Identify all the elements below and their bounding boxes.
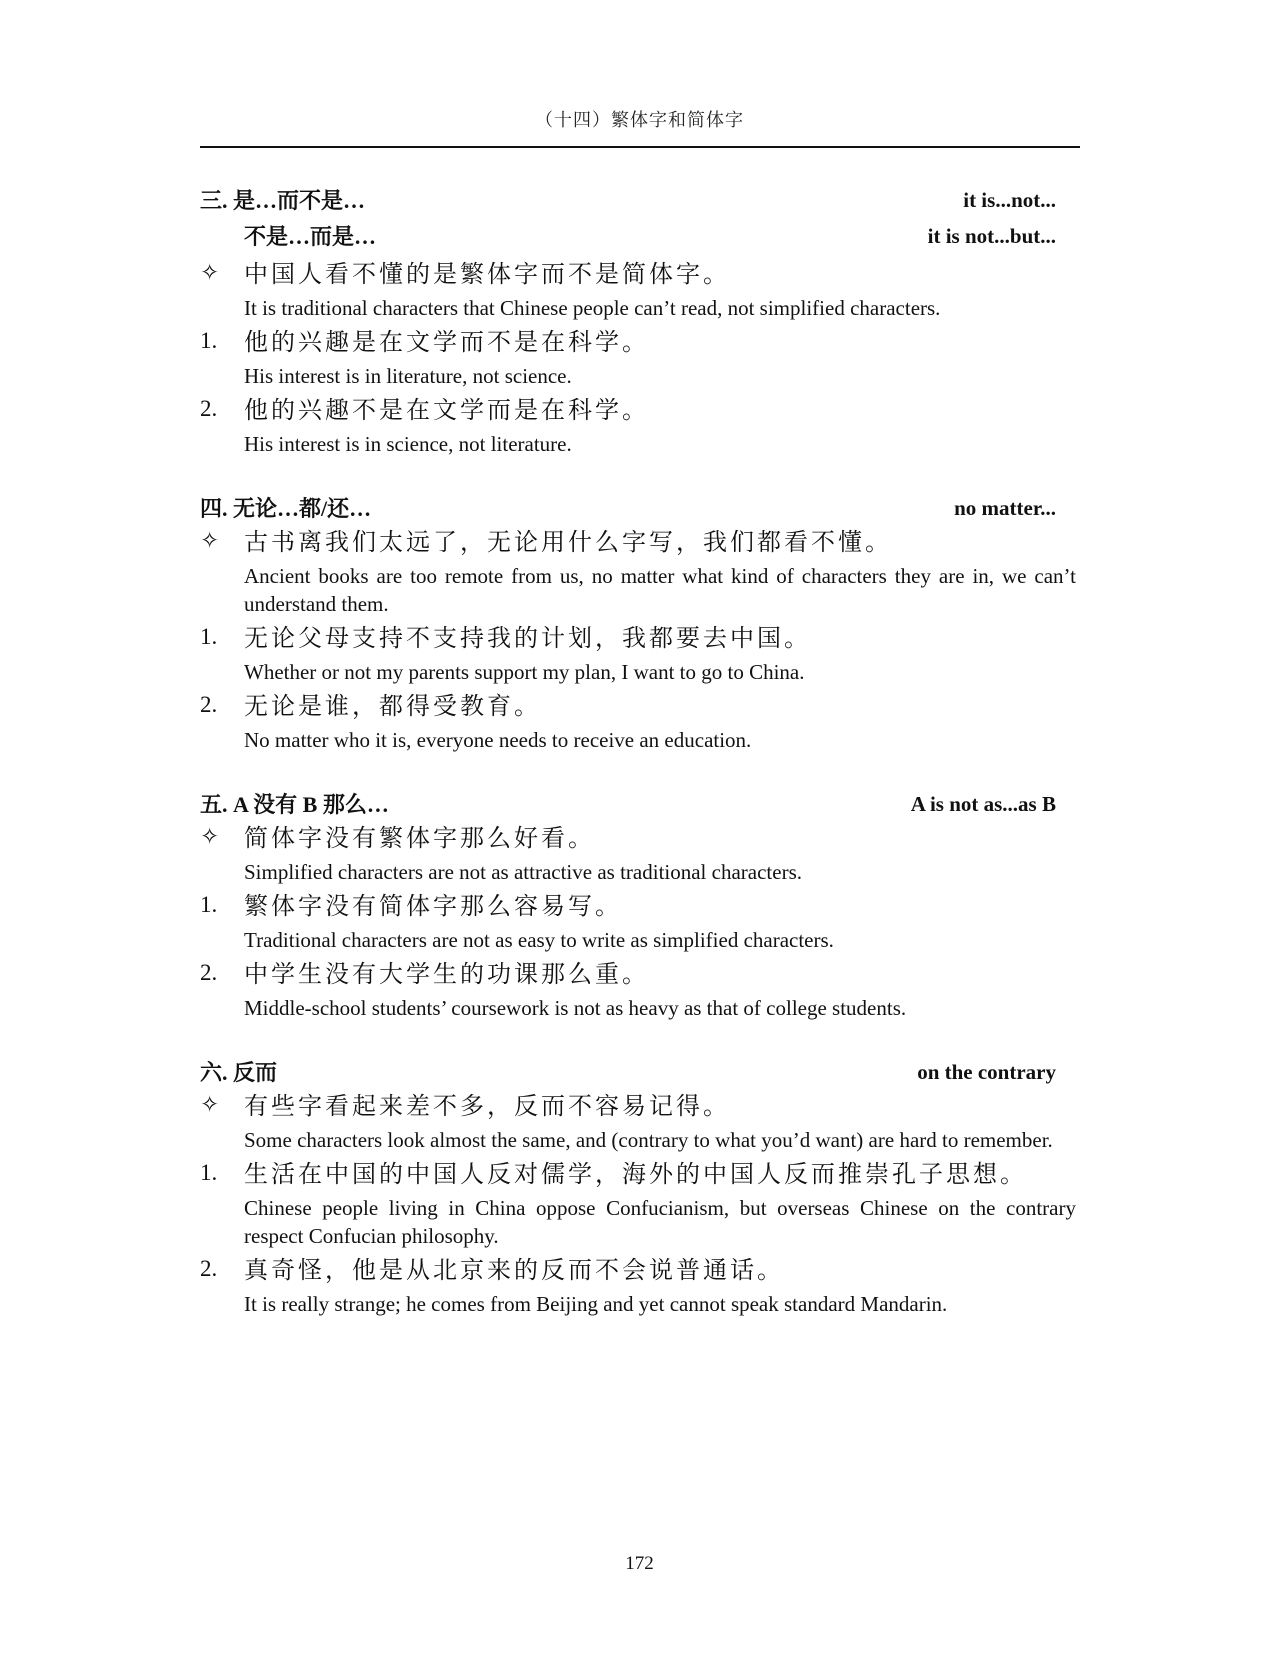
example-number: 2.: [200, 692, 236, 718]
section-heading-en: no matter...: [954, 496, 1056, 521]
running-header: （十四）繁体字和简体字: [0, 106, 1279, 132]
example-number: 1.: [200, 624, 236, 650]
page-number: 172: [0, 1553, 1279, 1575]
page-content: 三. 是…而不是… it is...not... 不是…而是… it is no…: [200, 178, 1076, 1346]
example-zh: 中学生没有大学生的功课那么重。: [200, 958, 1076, 992]
grammar-section-6: 六. 反而 on the contrary ✧ 有些字看起来差不多，反而不容易记…: [200, 1050, 1076, 1318]
example-zh: 他的兴趣不是在文学而是在科学。: [200, 394, 1076, 428]
diamond-bullet-icon: ✧: [200, 1092, 236, 1118]
diamond-bullet-icon: ✧: [200, 528, 236, 554]
example-number: 2.: [200, 1256, 236, 1282]
grammar-section-5: 五. A 没有 B 那么… A is not as...as B ✧ 简体字没有…: [200, 782, 1076, 1022]
section-heading-en: A is not as...as B: [911, 792, 1056, 817]
section-heading-en: on the contrary: [917, 1060, 1056, 1085]
example-item: ✧ 古书离我们太远了，无论用什么字写，我们都看不懂。 Ancient books…: [200, 526, 1076, 618]
example-item: 2. 他的兴趣不是在文学而是在科学。 His interest is in sc…: [200, 394, 1076, 458]
section-heading: 五. A 没有 B 那么… A is not as...as B: [200, 782, 1076, 822]
example-en: Traditional characters are not as easy t…: [200, 926, 1076, 954]
example-zh: 他的兴趣是在文学而不是在科学。: [200, 326, 1076, 360]
example-en: Simplified characters are not as attract…: [200, 858, 1076, 886]
example-en: Whether or not my parents support my pla…: [200, 658, 1076, 686]
example-zh: 中国人看不懂的是繁体字而不是简体字。: [200, 258, 1076, 292]
example-en: Chinese people living in China oppose Co…: [200, 1194, 1076, 1250]
example-zh: 有些字看起来差不多，反而不容易记得。: [200, 1090, 1076, 1124]
example-item: 2. 中学生没有大学生的功课那么重。 Middle-school student…: [200, 958, 1076, 1022]
example-en: No matter who it is, everyone needs to r…: [200, 726, 1076, 754]
section-heading-zh: 三. 是…而不是…: [200, 184, 365, 215]
example-zh: 古书离我们太远了，无论用什么字写，我们都看不懂。: [200, 526, 1076, 560]
section-heading: 三. 是…而不是… it is...not...: [200, 178, 1076, 218]
section-heading-zh: 五. A 没有 B 那么…: [200, 788, 389, 819]
example-en: Middle-school students’ coursework is no…: [200, 994, 1076, 1022]
example-item: 1. 繁体字没有简体字那么容易写。 Traditional characters…: [200, 890, 1076, 954]
example-en: His interest is in science, not literatu…: [200, 430, 1076, 458]
example-number: 2.: [200, 960, 236, 986]
example-item: ✧ 有些字看起来差不多，反而不容易记得。 Some characters loo…: [200, 1090, 1076, 1154]
example-en: Some characters look almost the same, an…: [200, 1126, 1076, 1154]
example-item: 1. 他的兴趣是在文学而不是在科学。 His interest is in li…: [200, 326, 1076, 390]
example-zh: 无论父母支持不支持我的计划，我都要去中国。: [200, 622, 1076, 656]
section-heading-en: it is...not...: [963, 188, 1056, 213]
grammar-section-3: 三. 是…而不是… it is...not... 不是…而是… it is no…: [200, 178, 1076, 458]
section-heading: 六. 反而 on the contrary: [200, 1050, 1076, 1090]
example-en: It is really strange; he comes from Beij…: [200, 1290, 1076, 1318]
grammar-section-4: 四. 无论…都/还… no matter... ✧ 古书离我们太远了，无论用什么…: [200, 486, 1076, 754]
example-en: Ancient books are too remote from us, no…: [200, 562, 1076, 618]
example-number: 1.: [200, 328, 236, 354]
example-zh: 真奇怪，他是从北京来的反而不会说普通话。: [200, 1254, 1076, 1288]
example-item: 1. 无论父母支持不支持我的计划，我都要去中国。 Whether or not …: [200, 622, 1076, 686]
section-subheading-zh: 不是…而是…: [244, 220, 376, 251]
example-zh: 生活在中国的中国人反对儒学，海外的中国人反而推崇孔子思想。: [200, 1158, 1076, 1192]
section-subheading: 不是…而是… it is not...but...: [200, 218, 1076, 258]
section-heading-zh: 六. 反而: [200, 1056, 277, 1087]
example-item: 1. 生活在中国的中国人反对儒学，海外的中国人反而推崇孔子思想。 Chinese…: [200, 1158, 1076, 1250]
example-item: 2. 无论是谁，都得受教育。 No matter who it is, ever…: [200, 690, 1076, 754]
example-number: 1.: [200, 1160, 236, 1186]
diamond-bullet-icon: ✧: [200, 260, 236, 286]
example-item: ✧ 中国人看不懂的是繁体字而不是简体字。 It is traditional c…: [200, 258, 1076, 322]
example-zh: 繁体字没有简体字那么容易写。: [200, 890, 1076, 924]
diamond-bullet-icon: ✧: [200, 824, 236, 850]
example-en: His interest is in literature, not scien…: [200, 362, 1076, 390]
example-item: 2. 真奇怪，他是从北京来的反而不会说普通话。 It is really str…: [200, 1254, 1076, 1318]
example-zh: 简体字没有繁体字那么好看。: [200, 822, 1076, 856]
section-heading-zh: 四. 无论…都/还…: [200, 492, 371, 523]
section-heading: 四. 无论…都/还… no matter...: [200, 486, 1076, 526]
example-en: It is traditional characters that Chines…: [200, 294, 1076, 322]
section-subheading-en: it is not...but...: [928, 224, 1056, 249]
example-number: 2.: [200, 396, 236, 422]
header-divider: [200, 146, 1080, 148]
example-number: 1.: [200, 892, 236, 918]
example-item: ✧ 简体字没有繁体字那么好看。 Simplified characters ar…: [200, 822, 1076, 886]
example-zh: 无论是谁，都得受教育。: [200, 690, 1076, 724]
